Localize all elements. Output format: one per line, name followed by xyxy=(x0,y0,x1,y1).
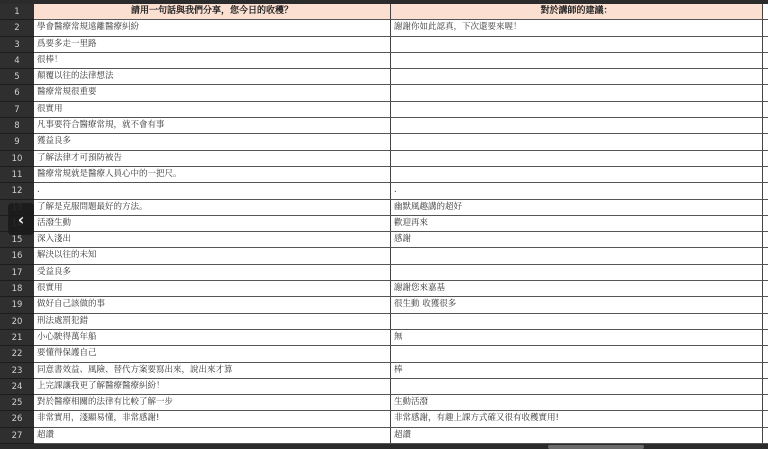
cell-suggestion[interactable]: . xyxy=(391,183,763,199)
table-row: 13了解是克服問題最好的方法。幽默風趣講的超好 xyxy=(0,200,768,216)
row-number[interactable]: 12 xyxy=(0,183,34,199)
cell-gain[interactable]: 非常實用，淺顯易懂，非常感謝! xyxy=(34,411,391,427)
cell-empty[interactable] xyxy=(763,53,768,69)
table-row: 9獲益良多 xyxy=(0,134,768,150)
header-cell-gain[interactable]: 請用一句話與我們分享，您今日的收穫？ xyxy=(34,4,391,20)
table-row: 10了解法律才可預防被告 xyxy=(0,151,768,167)
cell-empty[interactable] xyxy=(763,330,768,346)
table-row: 5顛覆以往的法律想法 xyxy=(0,69,768,85)
cell-gain[interactable]: 了解法律才可預防被告 xyxy=(34,151,391,167)
horizontal-scrollbar[interactable] xyxy=(548,445,644,449)
row-number[interactable]: 9 xyxy=(0,134,34,150)
cell-suggestion[interactable] xyxy=(391,248,763,264)
table-row: 4很棒！ xyxy=(0,53,768,69)
cell-suggestion[interactable]: 非常感謝，有趣上課方式確又很有收穫實用! xyxy=(391,411,763,427)
cell-empty[interactable] xyxy=(763,314,768,330)
cell-gain[interactable]: 深入淺出 xyxy=(34,232,391,248)
cell-suggestion[interactable] xyxy=(391,265,763,281)
spreadsheet-grid: 1 請用一句話與我們分享，您今日的收穫？ 對於講師的建議： 2學會醫療常規遠離醫… xyxy=(0,4,768,444)
table-row: 23同意書效益、風險、替代方案要寫出來，說出來才算棒 xyxy=(0,363,768,379)
table-row: 11醫療常規就是醫療人員心中的一把尺。 xyxy=(0,167,768,183)
cell-suggestion[interactable] xyxy=(391,69,763,85)
header-cell-suggestion[interactable]: 對於講師的建議： xyxy=(391,4,763,20)
table-row: 3爲要多走一里路 xyxy=(0,37,768,53)
cell-gain[interactable]: 很實用 xyxy=(34,281,391,297)
cell-gain[interactable]: 醫療常規就是醫療人員心中的一把尺。 xyxy=(34,167,391,183)
cell-empty[interactable] xyxy=(763,37,768,53)
cell-empty[interactable] xyxy=(763,411,768,427)
row-number[interactable]: 19 xyxy=(0,297,34,313)
cell-empty[interactable] xyxy=(763,151,768,167)
cell-gain[interactable]: 受益良多 xyxy=(34,265,391,281)
cell-gain[interactable]: 超讚 xyxy=(34,428,391,444)
cell-gain[interactable]: 做好自己該做的事 xyxy=(34,297,391,313)
cell-empty[interactable] xyxy=(763,102,768,118)
cell-gain[interactable]: 上完課讓我更了解醫療醫療糾紛！ xyxy=(34,379,391,395)
cell-gain[interactable]: 學會醫療常規遠離醫療糾紛 xyxy=(34,20,391,36)
cell-empty[interactable] xyxy=(763,346,768,362)
cell-suggestion[interactable] xyxy=(391,37,763,53)
cell-suggestion[interactable] xyxy=(391,118,763,134)
cell-suggestion[interactable]: 謝謝您來嘉基 xyxy=(391,281,763,297)
row-number[interactable]: 22 xyxy=(0,346,34,362)
row-number[interactable]: 6 xyxy=(0,85,34,101)
table-row: 26非常實用，淺顯易懂，非常感謝!非常感謝，有趣上課方式確又很有收穫實用! xyxy=(0,411,768,427)
cell-empty[interactable] xyxy=(763,428,768,444)
row-number[interactable]: 7 xyxy=(0,102,34,118)
cell-suggestion[interactable]: 歡迎再來 xyxy=(391,216,763,232)
cell-gain[interactable]: 要懂得保護自己 xyxy=(34,346,391,362)
cell-gain[interactable]: 小心駛得萬年船 xyxy=(34,330,391,346)
table-row: 17受益良多 xyxy=(0,265,768,281)
table-row: 25對於醫療相關的法律有比較了解一步生動活潑 xyxy=(0,395,768,411)
cell-gain[interactable]: 對於醫療相關的法律有比較了解一步 xyxy=(34,395,391,411)
row-number[interactable]: 8 xyxy=(0,118,34,134)
cell-suggestion[interactable] xyxy=(391,102,763,118)
cell-suggestion[interactable]: 感謝 xyxy=(391,232,763,248)
cell-empty[interactable] xyxy=(763,297,768,313)
cell-suggestion[interactable]: 超讚 xyxy=(391,428,763,444)
cell-gain[interactable]: . xyxy=(34,183,391,199)
cell-empty[interactable] xyxy=(763,183,768,199)
cell-suggestion[interactable] xyxy=(391,134,763,150)
cell-suggestion[interactable] xyxy=(391,167,763,183)
cell-empty[interactable] xyxy=(763,281,768,297)
row-number[interactable]: 11 xyxy=(0,167,34,183)
cell-suggestion[interactable]: 棒 xyxy=(391,363,763,379)
row-number[interactable]: 10 xyxy=(0,151,34,167)
header-row: 1 請用一句話與我們分享，您今日的收穫？ 對於講師的建議： xyxy=(0,4,768,20)
table-row: 8凡事要符合醫療常規，就不會有事 xyxy=(0,118,768,134)
row-number[interactable]: 16 xyxy=(0,248,34,264)
cell-suggestion[interactable]: 幽默風趣講的超好 xyxy=(391,200,763,216)
cell-empty[interactable] xyxy=(763,395,768,411)
cell-gain[interactable]: 凡事要符合醫療常規，就不會有事 xyxy=(34,118,391,134)
cell-gain[interactable]: 獲益良多 xyxy=(34,134,391,150)
cell-gain[interactable]: 爲要多走一里路 xyxy=(34,37,391,53)
cell-suggestion[interactable]: 很生動 收獲很多 xyxy=(391,297,763,313)
cell-suggestion[interactable] xyxy=(391,314,763,330)
row-number[interactable]: 17 xyxy=(0,265,34,281)
table-row: 21小心駛得萬年船無 xyxy=(0,330,768,346)
cell-empty[interactable] xyxy=(763,200,768,216)
row-number[interactable]: 21 xyxy=(0,330,34,346)
cell-empty[interactable] xyxy=(763,232,768,248)
row-number[interactable]: 26 xyxy=(0,411,34,427)
cell-empty[interactable] xyxy=(763,69,768,85)
row-number[interactable]: 25 xyxy=(0,395,34,411)
cell-empty[interactable] xyxy=(763,379,768,395)
table-row: 19做好自己該做的事很生動 收獲很多 xyxy=(0,297,768,313)
table-row: 18很實用謝謝您來嘉基 xyxy=(0,281,768,297)
table-row: 22要懂得保護自己 xyxy=(0,346,768,362)
row-number[interactable]: 1 xyxy=(0,4,34,20)
cell-gain[interactable]: 醫療常規很重要 xyxy=(34,85,391,101)
table-row: 6醫療常規很重要 xyxy=(0,85,768,101)
chevron-left-icon: ‹ xyxy=(18,210,25,229)
row-number[interactable]: 4 xyxy=(0,53,34,69)
table-row: 20刑法處罰犯錯 xyxy=(0,314,768,330)
cell-empty[interactable] xyxy=(763,363,768,379)
cell-gain[interactable]: 很實用 xyxy=(34,102,391,118)
cell-gain[interactable]: 刑法處罰犯錯 xyxy=(34,314,391,330)
table-row: 14活潑生動歡迎再來 xyxy=(0,216,768,232)
cell-suggestion[interactable] xyxy=(391,379,763,395)
cell-gain[interactable]: 很棒！ xyxy=(34,53,391,69)
row-number[interactable]: 23 xyxy=(0,363,34,379)
row-number[interactable]: 3 xyxy=(0,37,34,53)
row-number[interactable]: 27 xyxy=(0,428,34,444)
header-cell-empty[interactable] xyxy=(763,4,768,20)
cell-gain[interactable]: 了解是克服問題最好的方法。 xyxy=(34,200,391,216)
cell-gain[interactable]: 顛覆以往的法律想法 xyxy=(34,69,391,85)
cell-empty[interactable] xyxy=(763,265,768,281)
cell-empty[interactable] xyxy=(763,134,768,150)
cell-suggestion[interactable]: 謝謝你如此認真，下次還要來喔！ xyxy=(391,20,763,36)
table-row: 7很實用 xyxy=(0,102,768,118)
cell-gain[interactable]: 同意書效益、風險、替代方案要寫出來，說出來才算 xyxy=(34,363,391,379)
row-number[interactable]: 2 xyxy=(0,20,34,36)
table-row: 2學會醫療常規遠離醫療糾紛謝謝你如此認真，下次還要來喔！ xyxy=(0,20,768,36)
cell-empty[interactable] xyxy=(763,20,768,36)
table-row: 12.. xyxy=(0,183,768,199)
cell-empty[interactable] xyxy=(763,85,768,101)
cell-empty[interactable] xyxy=(763,248,768,264)
cell-empty[interactable] xyxy=(763,118,768,134)
cell-empty[interactable] xyxy=(763,167,768,183)
cell-suggestion[interactable] xyxy=(391,53,763,69)
cell-suggestion[interactable]: 生動活潑 xyxy=(391,395,763,411)
row-number[interactable]: 20 xyxy=(0,314,34,330)
row-number[interactable]: 5 xyxy=(0,69,34,85)
table-row: 24上完課讓我更了解醫療醫療糾紛！ xyxy=(0,379,768,395)
cell-gain[interactable]: 活潑生動 xyxy=(34,216,391,232)
cell-gain[interactable]: 解決以往的未知 xyxy=(34,248,391,264)
table-row: 16解決以往的未知 xyxy=(0,248,768,264)
row-number[interactable]: 24 xyxy=(0,379,34,395)
cell-suggestion[interactable] xyxy=(391,85,763,101)
cell-suggestion[interactable] xyxy=(391,151,763,167)
cell-empty[interactable] xyxy=(763,216,768,232)
prev-page-button[interactable]: ‹ xyxy=(8,203,34,235)
table-row: 15深入淺出感謝 xyxy=(0,232,768,248)
table-body: 2學會醫療常規遠離醫療糾紛謝謝你如此認真，下次還要來喔！3爲要多走一里路4很棒！… xyxy=(0,20,768,444)
cell-suggestion[interactable]: 無 xyxy=(391,330,763,346)
table-row: 27超讚超讚 xyxy=(0,428,768,444)
cell-suggestion[interactable] xyxy=(391,346,763,362)
row-number[interactable]: 18 xyxy=(0,281,34,297)
